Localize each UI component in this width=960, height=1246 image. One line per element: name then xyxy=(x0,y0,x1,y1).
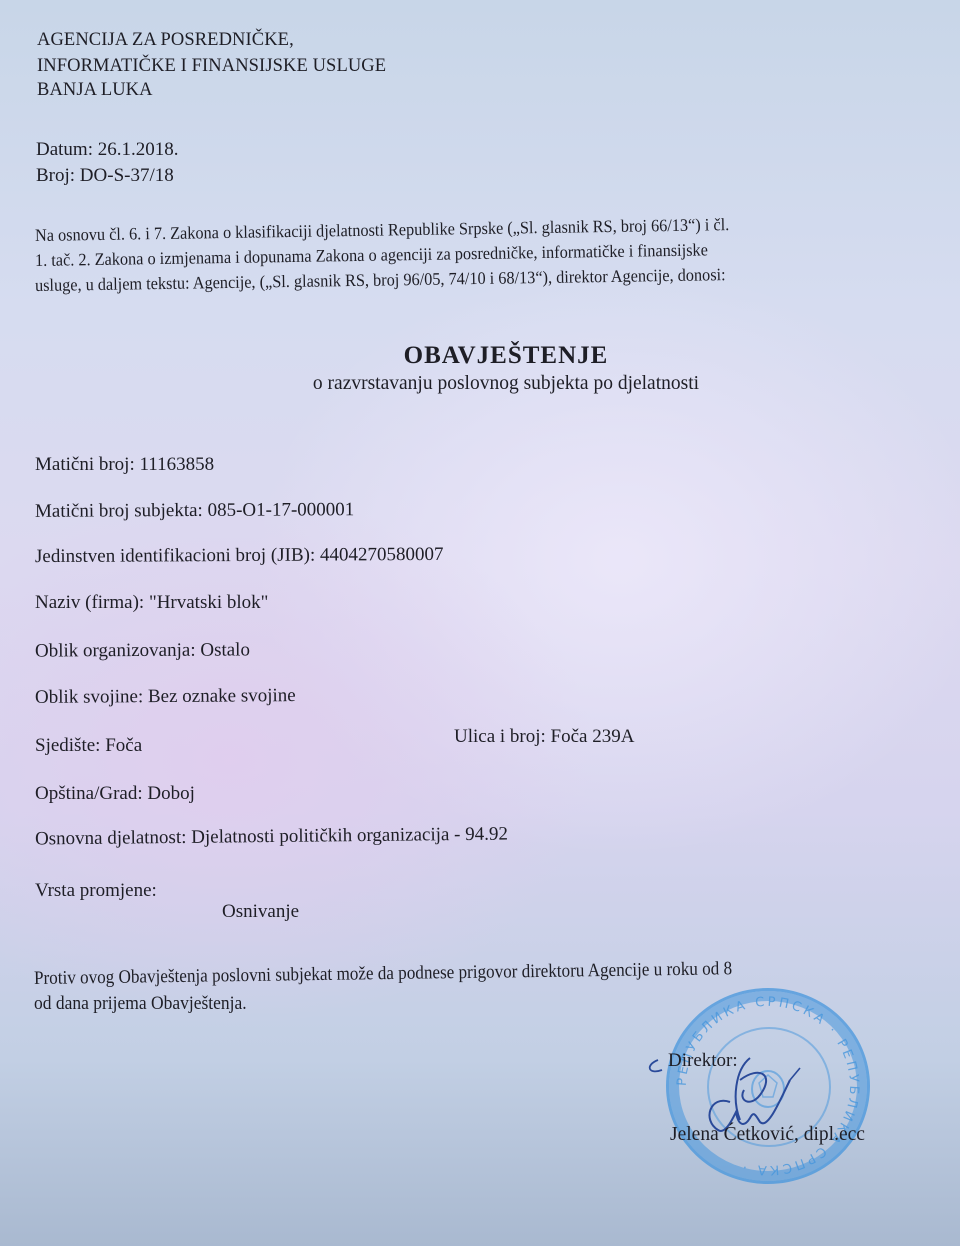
field-ulica-i-broj: Ulica i broj: Foča 239A xyxy=(454,726,634,748)
field-oblik-svojine: Oblik svojine: Bez oznake svojine xyxy=(35,685,296,709)
field-osnovna-djelatnost: Osnovna djelatnost: Djelatnosti političk… xyxy=(35,824,508,851)
document-subtitle: o razvrstavanju poslovnog subjekta po dj… xyxy=(0,373,960,395)
field-opstina-grad: Opština/Grad: Doboj xyxy=(35,783,195,805)
document-number: Broj: DO-S-37/18 xyxy=(36,165,174,187)
agency-name-line-1: AGENCIJA ZA POSREDNIČKE, xyxy=(37,30,294,51)
field-maticni-broj-subjekta: Matični broj subjekta: 085-O1-17-000001 xyxy=(35,499,354,523)
field-sjediste: Sjedište: Foča xyxy=(35,735,142,757)
document-date: Datum: 26.1.2018. xyxy=(36,139,179,161)
director-label: Direktor: xyxy=(668,1050,738,1072)
field-maticni-broj: Matični broj: 11163858 xyxy=(35,454,214,476)
field-naziv: Naziv (firma): "Hrvatski blok" xyxy=(35,592,268,614)
field-oblik-organizovanja: Oblik organizovanja: Ostalo xyxy=(35,639,250,662)
notice-line-1: Protiv ovog Obavještenja poslovni subjek… xyxy=(34,958,732,990)
agency-name-line-2: INFORMATIČKE I FINANSIJSKE USLUGE xyxy=(37,56,386,77)
director-name: Jelena Ćetković, dipl.ecc xyxy=(670,1124,865,1146)
notice-line-2: od dana prijema Obavještenja. xyxy=(34,993,247,1015)
field-jib: Jedinstven identifikacioni broj (JIB): 4… xyxy=(35,544,444,568)
field-vrsta-promjene-label: Vrsta promjene: xyxy=(35,880,157,902)
document-title: OBAVJEŠTENJE xyxy=(0,342,960,370)
field-vrsta-promjene-value: Osnivanje xyxy=(222,901,299,923)
agency-city: BANJA LUKA xyxy=(37,80,153,101)
